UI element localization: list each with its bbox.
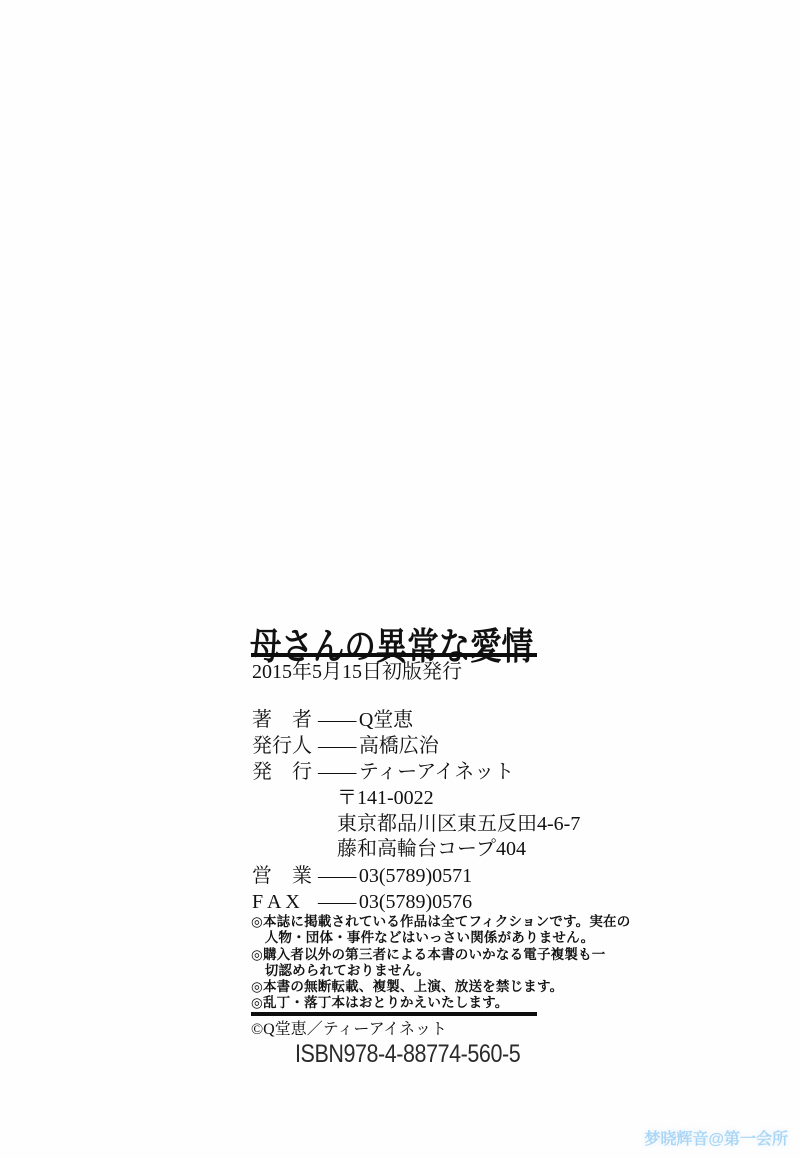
dash-rule: —— bbox=[318, 761, 355, 783]
notice-line: 切認められておりません。 bbox=[251, 963, 630, 979]
dash-rule: —— bbox=[318, 709, 355, 731]
postal-code: 〒141-0022 bbox=[337, 786, 580, 812]
contact-value: 03(5789)0571 bbox=[359, 865, 472, 887]
credit-label: 発行人 bbox=[252, 733, 318, 759]
credits-list: 著 者——Q堂恵 発行人——高橋広治 発 行——ティーアイネット bbox=[252, 707, 514, 785]
edition-date: 2015年5月15日初版発行 bbox=[252, 660, 462, 684]
colophon-page: 母さんの異常な愛情 2015年5月15日初版発行 著 者——Q堂恵 発行人——高… bbox=[0, 0, 800, 1158]
notice-line: 人物・団体・事件などはいっさい関係がありません。 bbox=[251, 930, 630, 946]
contact-row-sales: 営 業——03(5789)0571 bbox=[252, 863, 472, 889]
contact-row-fax: F A X——03(5789)0576 bbox=[252, 889, 472, 915]
copyright-line: ©Q堂恵／ティーアイネット bbox=[251, 1020, 447, 1039]
notice-line: ◎乱丁・落丁本はおとりかえいたします。 bbox=[251, 995, 630, 1011]
address-line-2: 藤和高輪台コープ404 bbox=[337, 837, 580, 863]
dash-rule: —— bbox=[318, 865, 355, 887]
legal-notices: ◎本誌に掲載されている作品は全てフィクションです。実在の 人物・団体・事件などは… bbox=[251, 914, 630, 1012]
notice-line: ◎本書の無断転載、複製、上演、放送を禁じます。 bbox=[251, 979, 630, 995]
address-line-1: 東京都品川区東五反田4-6-7 bbox=[337, 812, 580, 838]
dash-rule: —— bbox=[318, 891, 355, 913]
credit-label: 発 行 bbox=[252, 759, 318, 785]
credit-value: Q堂恵 bbox=[359, 709, 413, 731]
credit-row-author: 著 者——Q堂恵 bbox=[252, 707, 514, 733]
credit-row-publisher: 発 行——ティーアイネット bbox=[252, 759, 514, 785]
credit-row-publisher-person: 発行人——高橋広治 bbox=[252, 733, 514, 759]
credit-value: 高橋広治 bbox=[359, 735, 439, 757]
credit-label: 著 者 bbox=[252, 707, 318, 733]
publisher-address: 〒141-0022 東京都品川区東五反田4-6-7 藤和高輪台コープ404 bbox=[337, 786, 580, 863]
credit-value: ティーアイネット bbox=[359, 761, 514, 783]
notice-line: ◎本誌に掲載されている作品は全てフィクションです。実在の bbox=[251, 914, 630, 930]
contact-value: 03(5789)0576 bbox=[359, 891, 472, 913]
isbn-number: ISBN978-4-88774-560-5 bbox=[295, 1040, 520, 1069]
dash-rule: —— bbox=[318, 735, 355, 757]
divider-bottom bbox=[251, 1012, 537, 1016]
notice-line: ◎購入者以外の第三者による本書のいかなる電子複製も一 bbox=[251, 947, 630, 963]
divider-top bbox=[251, 653, 537, 657]
scanlation-watermark: 梦晓辉音@第一会所 bbox=[644, 1126, 788, 1149]
contact-list: 営 業——03(5789)0571 F A X——03(5789)0576 bbox=[252, 863, 472, 915]
contact-label: F A X bbox=[252, 889, 318, 915]
contact-label: 営 業 bbox=[252, 863, 318, 889]
